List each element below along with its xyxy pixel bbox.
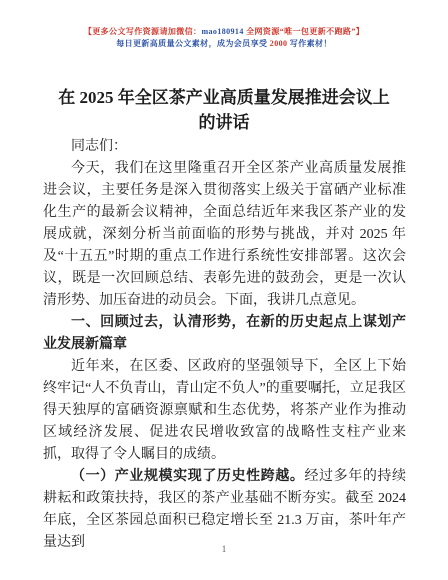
watermark-line-2: 每日更新高质量公文素材，成为会员享受 2000 写作素材！	[0, 38, 448, 50]
paragraph-2: 近年来，在区委、区政府的坚强领导下，全区上下始终牢记“人不负青山，青山定不负人”…	[43, 356, 406, 466]
watermark-promo-count: 2000	[270, 39, 288, 48]
paragraph-3: （一）产业规模实现了历史性跨越。经过多年的持续耕耘和政策扶持，我区的茶产业基础不…	[43, 466, 406, 554]
document-page: 【更多公文写作资源请加微信：mao180914 全网资源“唯一包更新不跑路”】 …	[0, 0, 448, 580]
salutation: 同志们：	[43, 136, 406, 158]
section-heading-1: 一、回顾过去，认清形势，在新的历史起点上谋划产业发展新篇章	[43, 312, 406, 356]
page-number: 1	[0, 544, 448, 554]
watermark-promo-text-right: 写作素材！	[287, 39, 331, 48]
watermark-notice: 【更多公文写作资源请加微信：mao180914 全网资源“唯一包更新不跑路”】 …	[0, 0, 448, 50]
paragraph-3-lead: （一）产业规模实现了历史性跨越。	[71, 469, 304, 484]
watermark-text-left: 【更多公文写作资源请加微信：	[84, 27, 202, 36]
paragraph-1: 今天，我们在这里隆重召开全区茶产业高质量发展推进会议，主要任务是深入贯彻落实上级…	[43, 158, 406, 312]
document-title: 在 2025 年全区茶产业高质量发展推进会议上的讲话	[0, 85, 448, 135]
watermark-text-right: 全网资源“唯一包更新不跑路”】	[244, 27, 364, 36]
watermark-promo-text-left: 每日更新高质量公文素材，成为会员享受	[116, 39, 270, 48]
watermark-wechat-id: mao180914	[201, 27, 243, 36]
watermark-line-1: 【更多公文写作资源请加微信：mao180914 全网资源“唯一包更新不跑路”】	[0, 26, 448, 38]
document-body: 同志们： 今天，我们在这里隆重召开全区茶产业高质量发展推进会议，主要任务是深入贯…	[0, 136, 448, 554]
